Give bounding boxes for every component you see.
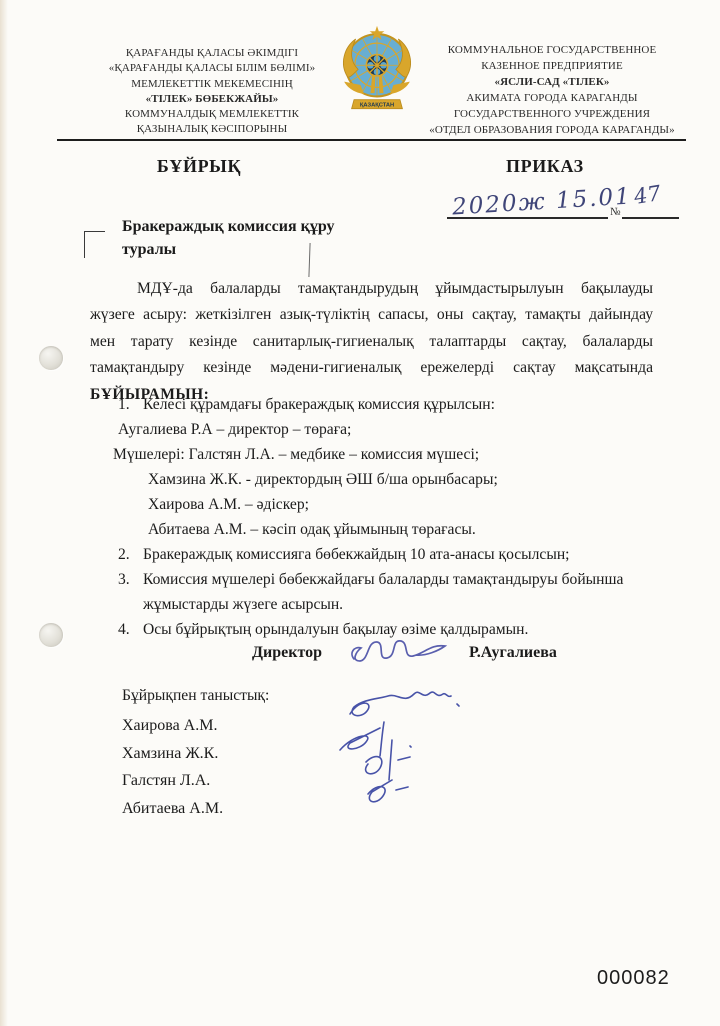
date-underline — [447, 217, 608, 219]
acknowledgement-name: Галстян Л.А. — [122, 767, 223, 795]
order-title-russian: ПРИКАЗ — [506, 156, 584, 177]
emblem-banner-text: ҚАЗАҚСТАН — [360, 102, 394, 108]
order-subject: Бракераждық комиссия құру туралы — [122, 215, 335, 261]
item-number: 1. — [118, 392, 143, 417]
commission-member-line: Хаирова А.М. – әдіскер; — [148, 492, 666, 517]
commission-member-line: Абитаева А.М. – кәсіп одақ ұйымының төра… — [148, 517, 666, 542]
item-text: Комиссия мүшелері бөбекжайдағы балаларды… — [143, 567, 666, 617]
punch-hole-top — [39, 346, 63, 370]
org-line: «ҚАРАҒАНДЫ ҚАЛАСЫ БІЛІМ БӨЛІМІ» — [84, 61, 340, 76]
order-item-3: 3. Комиссия мүшелері бөбекжайдағы балала… — [118, 567, 666, 617]
commission-member-line: Аугалиева Р.А – директор – төраға; — [118, 417, 666, 442]
form-serial-number: 000082 — [597, 967, 670, 990]
director-signature-ink — [346, 632, 458, 677]
commission-member-line: Хамзина Ж.К. - директордың ӘШ б/ша орынб… — [148, 467, 666, 492]
acknowledgement-name: Хаирова А.М. — [122, 712, 223, 740]
punch-hole-bottom — [39, 623, 63, 647]
order-item-1: 1. Келесі құрамдағы бракераждық комиссия… — [118, 392, 666, 417]
item-number: 4. — [118, 617, 143, 642]
org-line: КОММУНАЛДЫҚ МЕМЛЕКЕТТІК — [84, 107, 340, 122]
item-number: 3. — [118, 567, 143, 617]
preamble-text: МДҰ-да балаларды тамақтандырудың ұйымдас… — [90, 280, 653, 376]
org-line: КОММУНАЛЬНОЕ ГОСУДАРСТВЕННОЕ — [412, 42, 692, 58]
staff-signatures-ink — [322, 682, 472, 822]
order-items-list: 1. Келесі құрамдағы бракераждық комиссия… — [118, 392, 666, 642]
org-line: «ОТДЕЛ ОБРАЗОВАНИЯ ГОРОДА КАРАГАНДЫ» — [412, 122, 692, 138]
letterhead-kazakh: ҚАРАҒАНДЫ ҚАЛАСЫ ӘКІМДІГІ «ҚАРАҒАНДЫ ҚАЛ… — [84, 46, 340, 138]
org-line: АКИМАТА ГОРОДА КАРАГАНДЫ — [412, 90, 692, 106]
org-line: МЕМЛЕКЕТТІК МЕКЕМЕСІНІҢ — [84, 77, 340, 92]
kazakhstan-coat-of-arms-icon: ҚАЗАҚСТАН — [336, 24, 418, 123]
subject-line: туралы — [122, 238, 335, 261]
org-line: ҚАЗЫНАЛЫҚ КӘСІПОРЫНЫ — [84, 122, 340, 137]
commission-member-line: Мүшелері: Галстян Л.А. – медбике – комис… — [113, 442, 666, 467]
item-text: Келесі құрамдағы бракераждық комиссия құ… — [143, 392, 666, 417]
scan-edge-shadow — [0, 0, 8, 1026]
org-name-line: «ТІЛЕК» БӨБЕКЖАЙЫ» — [84, 92, 340, 107]
org-line: КАЗЕННОЕ ПРЕДПРИЯТИЕ — [412, 58, 692, 74]
item-number: 2. — [118, 542, 143, 567]
acknowledgement-names: Хаирова А.М. Хамзина Ж.К. Галстян Л.А. А… — [122, 712, 223, 822]
handwritten-order-number: 47 — [632, 181, 662, 209]
scanned-order-document: ҚАРАҒАНДЫ ҚАЛАСЫ ӘКІМДІГІ «ҚАРАҒАНДЫ ҚАЛ… — [0, 0, 720, 1026]
letterhead-russian: КОММУНАЛЬНОЕ ГОСУДАРСТВЕННОЕ КАЗЕННОЕ ПР… — [412, 42, 692, 139]
org-name-line: «ЯСЛИ-САД «ТІЛЕК» — [412, 74, 692, 90]
director-label: Директор — [252, 644, 322, 662]
director-name: Р.Аугалиева — [469, 644, 557, 662]
org-line: ҚАРАҒАНДЫ ҚАЛАСЫ ӘКІМДІГІ — [84, 46, 340, 61]
letterhead-divider — [57, 139, 686, 141]
subject-line: Бракераждық комиссия құру — [122, 215, 335, 238]
handwritten-date: 2020ж 15.01 — [451, 184, 632, 221]
acknowledgement-name: Абитаева А.М. — [122, 795, 223, 823]
org-line: ГОСУДАРСТВЕННОГО УЧРЕЖДЕНИЯ — [412, 106, 692, 122]
margin-corner-mark — [84, 231, 105, 258]
item-text: Бракераждық комиссияга бөбекжайдың 10 ат… — [143, 542, 666, 567]
acknowledgement-heading: Бұйрықпен таныстық: — [122, 687, 269, 705]
number-sign: № — [610, 206, 621, 218]
order-preamble: МДҰ-да балаларды тамақтандырудың ұйымдас… — [90, 276, 653, 408]
number-underline — [622, 217, 679, 219]
order-item-2: 2. Бракераждық комиссияга бөбекжайдың 10… — [118, 542, 666, 567]
acknowledgement-name: Хамзина Ж.К. — [122, 740, 223, 768]
order-title-kazakh: БҰЙРЫҚ — [119, 156, 279, 177]
